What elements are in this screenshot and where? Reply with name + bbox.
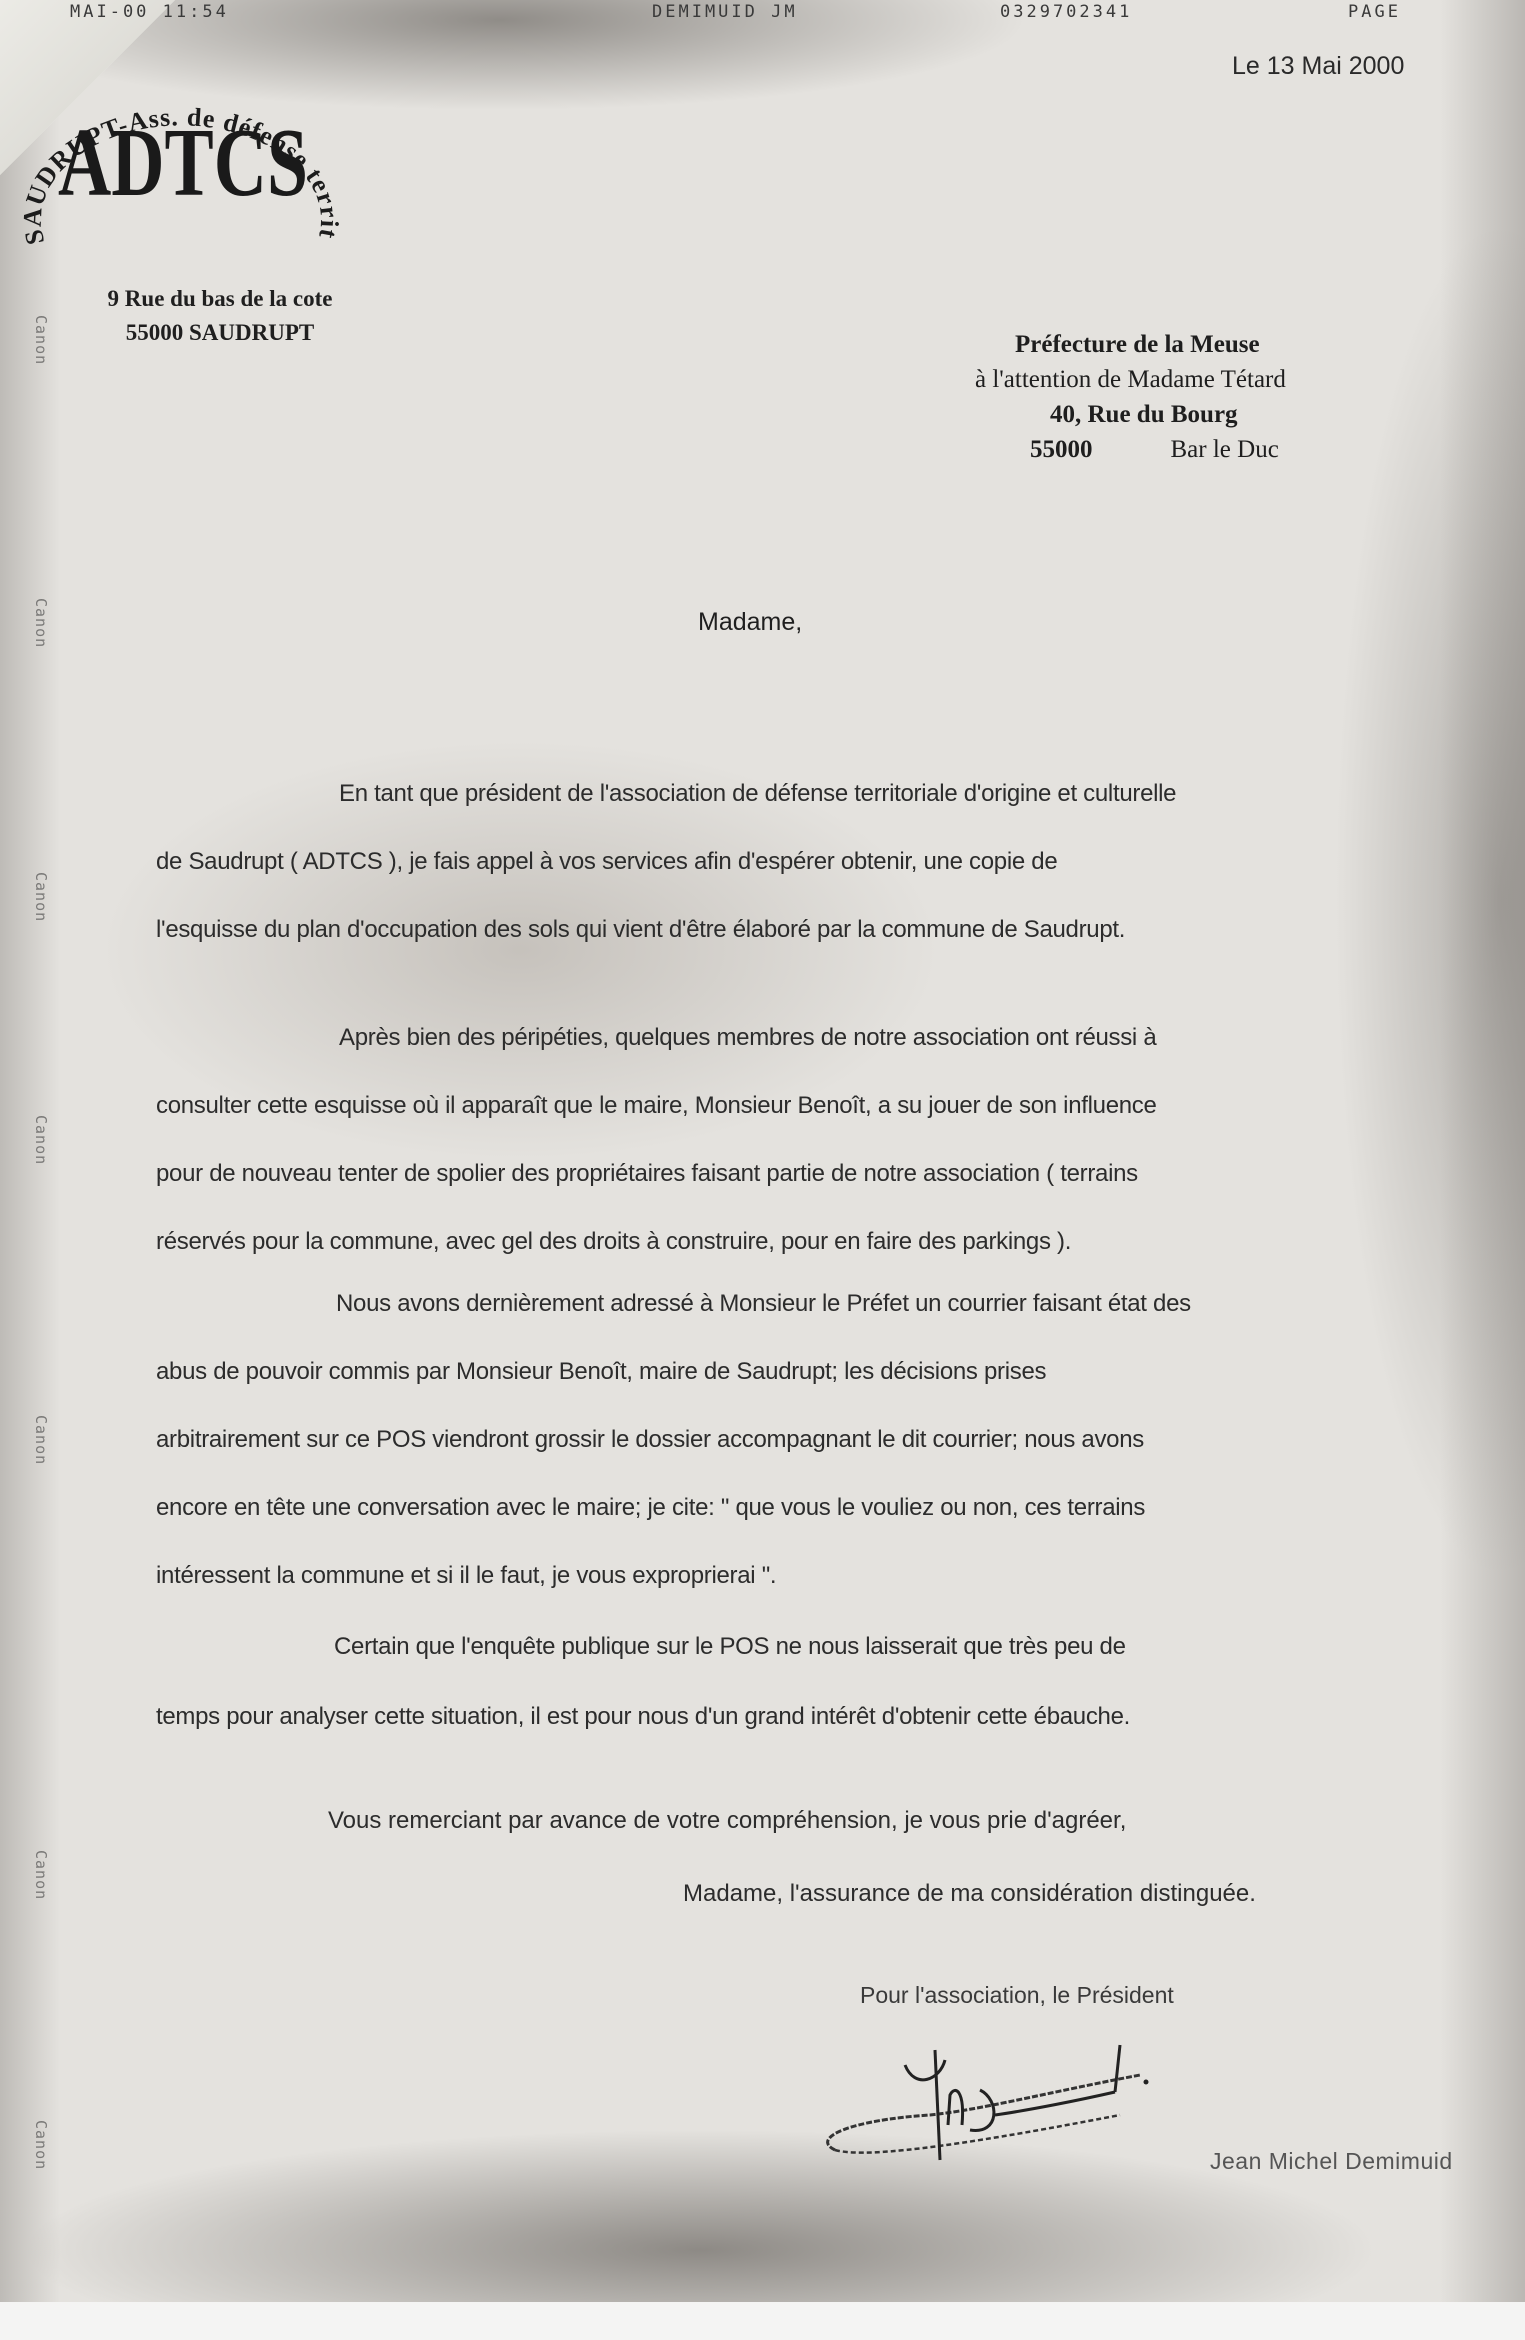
recipient-attention: à l'attention de Madame Tétard <box>960 362 1410 397</box>
signature-intro: Pour l'association, le Président <box>860 1982 1174 2009</box>
body-line: Après bien des péripéties, quelques memb… <box>339 1024 1156 1052</box>
body-line: pour de nouveau tenter de spolier des pr… <box>156 1160 1138 1188</box>
recipient-organization: Préfecture de la Meuse <box>960 327 1410 362</box>
sender-address: 9 Rue du bas de la cote 55000 SAUDRUPT <box>60 282 380 350</box>
body-line: encore en tête une conversation avec le … <box>156 1494 1145 1522</box>
fax-datetime: MAI-00 11:54 <box>70 2 229 22</box>
body-line: de Saudrupt ( ADTCS ), je fais appel à v… <box>156 848 1057 876</box>
association-stamp: SAUDRUPT-Ass. de défense territoriale & … <box>8 50 358 265</box>
body-line: consulter cette esquisse où il apparaît … <box>156 1092 1157 1120</box>
side-mark: Canon <box>18 852 50 942</box>
body-line: temps pour analyser cette situation, il … <box>156 1703 1130 1731</box>
sender-city: 55000 SAUDRUPT <box>60 316 380 350</box>
fax-number: 0329702341 <box>1000 2 1132 22</box>
fax-sender: DEMIMUID JM <box>652 2 798 22</box>
scan-margin <box>0 2302 1525 2340</box>
recipient-street: 40, Rue du Bourg <box>960 397 1410 432</box>
body-line: En tant que président de l'association d… <box>339 780 1176 808</box>
handwritten-signature-icon <box>790 2020 1170 2180</box>
recipient-city-line: 55000Bar le Duc <box>960 432 1410 467</box>
body-line: Certain que l'enquête publique sur le PO… <box>334 1633 1126 1661</box>
side-mark: Canon <box>18 1395 50 1485</box>
side-mark: Canon <box>18 1095 50 1185</box>
side-mark: Canon <box>18 2100 50 2190</box>
body-line: l'esquisse du plan d'occupation des sols… <box>156 916 1125 944</box>
sender-street: 9 Rue du bas de la cote <box>60 282 380 316</box>
body-line: Nous avons dernièrement adressé à Monsie… <box>336 1290 1191 1318</box>
letter-date: Le 13 Mai 2000 <box>1232 52 1404 81</box>
signer-name: Jean Michel Demimuid <box>1210 2148 1453 2175</box>
recipient-address: Préfecture de la Meuse à l'attention de … <box>960 327 1410 467</box>
closing-line-1: Vous remerciant par avance de votre comp… <box>328 1807 1126 1835</box>
recipient-city: Bar le Duc <box>1171 436 1279 463</box>
body-line: intéressent la commune et si il le faut,… <box>156 1562 776 1590</box>
side-mark: Canon <box>18 578 50 668</box>
closing-line-2: Madame, l'assurance de ma considération … <box>683 1880 1256 1908</box>
salutation: Madame, <box>698 608 802 637</box>
recipient-postcode: 55000 <box>1030 436 1093 463</box>
signature <box>790 2020 1170 2180</box>
body-line: réservés pour la commune, avec gel des d… <box>156 1228 1071 1256</box>
side-mark: Canon <box>18 295 50 385</box>
fax-page: PAGE <box>1348 2 1401 22</box>
scanner-side-marks: Canon Canon Canon Canon Canon Canon Cano… <box>18 0 58 2300</box>
stamp-acronym: ADTCS <box>58 109 308 217</box>
adtcs-stamp-icon: SAUDRUPT-Ass. de défense territoriale & … <box>8 50 358 265</box>
side-mark: Canon <box>18 1830 50 1920</box>
fax-header: MAI-00 11:54 DEMIMUID JM 0329702341 PAGE <box>0 2 1525 24</box>
body-line: abus de pouvoir commis par Monsieur Beno… <box>156 1358 1046 1386</box>
body-line: arbitrairement sur ce POS viendront gros… <box>156 1426 1144 1454</box>
